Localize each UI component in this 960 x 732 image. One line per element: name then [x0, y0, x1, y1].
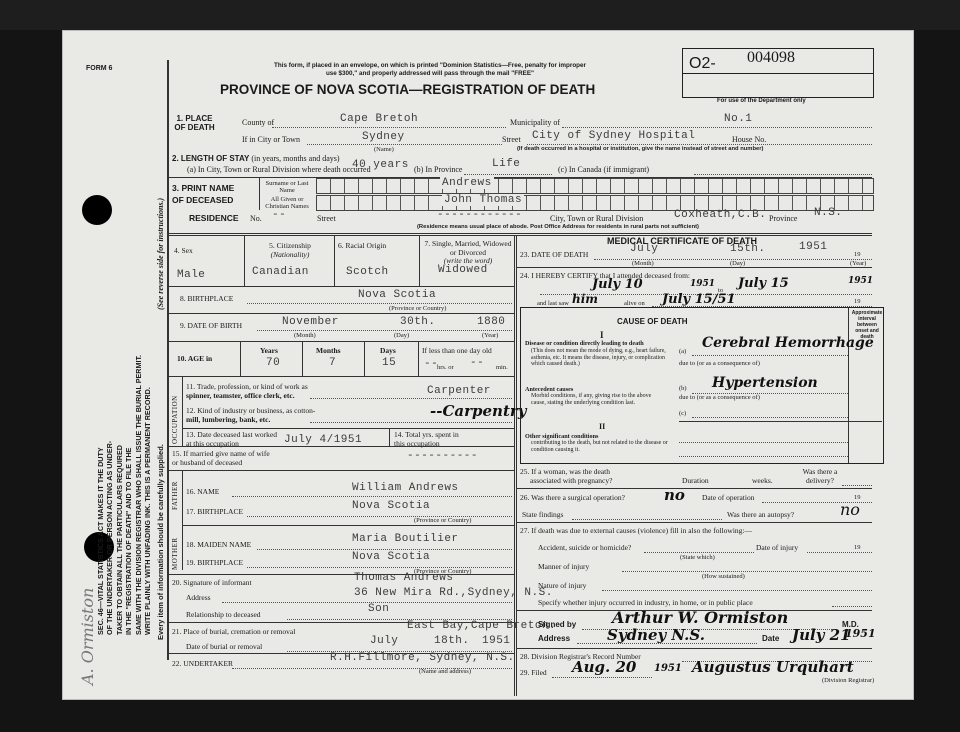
divider	[240, 341, 241, 376]
stay-b-value: Life	[492, 158, 520, 170]
interval-column-divider	[848, 308, 849, 463]
cause-c-label: (c)	[679, 410, 686, 417]
residence-city-label: City, Town or Rural Division	[550, 214, 643, 223]
dotted-line	[562, 127, 872, 128]
dotted-line	[807, 552, 872, 553]
mother-name-value: Maria Boutilier	[352, 533, 459, 545]
autopsy-value: no	[840, 500, 860, 519]
alive-on-label: alive on	[624, 300, 645, 307]
father-birthplace-label: 17. BIRTHPLACE	[186, 507, 243, 516]
informant-address: 36 New Mira Rd.,Sydney, N.S.	[354, 587, 553, 599]
date-of-death-label: 23. DATE OF DEATH	[520, 250, 588, 259]
operation-value: no	[664, 486, 685, 504]
city-value: Sydney	[362, 131, 405, 143]
name-caption: (Name)	[374, 146, 394, 153]
dotted-line	[232, 496, 512, 497]
nineteen: 19	[854, 251, 861, 258]
dob-year: 1880	[477, 316, 505, 328]
divider	[244, 236, 245, 286]
autopsy-label: Was there an autopsy?	[727, 510, 794, 519]
dob-label: 9. DATE OF BIRTH	[180, 321, 242, 330]
divider	[168, 574, 514, 575]
informant-name: Thomas Andrews	[354, 572, 453, 584]
due-to-label: due to (or as a consequence of)	[679, 394, 760, 401]
form-title: PROVINCE OF NOVA SCOTIA—REGISTRATION OF …	[220, 82, 595, 97]
dotted-line	[679, 456, 848, 457]
divider	[168, 341, 514, 342]
dotted-line	[572, 519, 722, 520]
part-two-numeral: II	[599, 422, 605, 431]
days-value: 15	[382, 357, 396, 369]
dotted-line	[272, 127, 506, 128]
filed-year: 1951	[654, 663, 682, 674]
other-conditions-note: contributing to the death, but not relat…	[531, 440, 669, 454]
cause-heading: CAUSE OF DEATH	[617, 317, 688, 326]
dotted-line	[602, 590, 872, 591]
signed-date: July 21	[792, 626, 851, 644]
dotted-line	[692, 355, 848, 356]
direct-cause-label: Disease or condition directly leading to…	[525, 340, 644, 347]
birthplace-value: Nova Scotia	[358, 289, 436, 301]
days-label: Days	[380, 346, 396, 355]
trade-label: 11. Trade, profession, or kind of work a…	[186, 382, 308, 400]
minutes-label: min.	[496, 364, 508, 371]
father-name-value: William Andrews	[352, 482, 459, 494]
alive-on-value: July 15/51	[662, 292, 736, 307]
attended-to: July 15	[738, 276, 789, 291]
cause-a-label: (a)	[679, 348, 686, 355]
divider	[182, 428, 514, 429]
divider	[517, 522, 872, 523]
hours-label: hrs. or	[437, 364, 454, 371]
marital-label: 7. Single, Married, Widowed or Divorced(…	[424, 240, 512, 266]
residence-note: (Residence means usual place of abode. P…	[417, 224, 699, 230]
instruction-text: Every item of information should be care…	[156, 444, 165, 640]
attended-to-year: 1951	[848, 276, 873, 286]
stay-b-label: (b) In Province	[414, 165, 462, 174]
father-birthplace-value: Nova Scotia	[352, 500, 430, 512]
dotted-line	[842, 485, 872, 486]
sex-label: 4. Sex	[174, 246, 193, 255]
place-of-death-label: 1. PLACE OF DEATH	[172, 114, 217, 132]
given-names-value: John Thomas	[442, 194, 524, 206]
father-name-label: 16. NAME	[186, 487, 219, 496]
street-value: City of Sydney Hospital	[532, 130, 695, 142]
province-country-caption: (Province or Country)	[414, 517, 471, 524]
external-causes-label: 27. If death was due to external causes …	[520, 526, 752, 535]
pregnancy-label: 25. If a woman, was the deathassociated …	[520, 467, 612, 485]
last-saw-label: and last saw	[537, 300, 569, 307]
registration-number: 004098	[747, 49, 795, 67]
house-no-label: House No.	[732, 135, 766, 144]
residence-no-label: No.	[250, 214, 262, 223]
divider	[168, 286, 514, 287]
mother-section-label: MOTHER	[171, 537, 179, 570]
filed-label: 29. Filed	[520, 668, 547, 677]
divider	[418, 341, 419, 376]
divider	[334, 236, 335, 286]
direct-cause-note: (This does not mean the mode of dying, e…	[531, 348, 667, 368]
operation-label: 26. Was there a surgical operation?	[520, 493, 625, 502]
residence-city: Coxheath,C.B.	[674, 209, 766, 221]
physician-signature: Arthur W. Ormiston	[612, 608, 788, 627]
burial-place-label: 21. Place of burial, cremation or remova…	[172, 627, 295, 636]
registrar-signature: Augustus Urquhart	[692, 658, 854, 676]
attended-from: July 10	[592, 277, 643, 292]
state-which-caption: (State which)	[680, 554, 715, 561]
given-names-label: All Given or Christian Names	[262, 196, 312, 210]
dotted-line	[679, 442, 848, 443]
physician-address: Sydney N.S.	[607, 626, 705, 644]
industry-value: --Carpentry	[430, 402, 527, 420]
surname-label: Surname or Last Name	[262, 180, 312, 194]
delivery-label: Was there a delivery?	[795, 467, 845, 485]
cause-b-label: (b)	[679, 385, 687, 392]
years-label: Years	[260, 346, 278, 355]
dotted-line	[527, 144, 872, 145]
dotted-line	[552, 677, 652, 678]
divider	[517, 648, 872, 649]
sex-value: Male	[177, 269, 205, 281]
dob-month: November	[282, 316, 339, 328]
operation-date-label: Date of operation	[702, 493, 754, 502]
divider	[517, 267, 872, 268]
divider	[168, 470, 514, 471]
injury-date-label: Date of injury	[756, 543, 798, 552]
weeks-label: weeks.	[752, 476, 773, 485]
dotted-line	[257, 330, 512, 331]
divider	[389, 428, 390, 446]
industry-label: 12. Kind of industry or business, as cot…	[186, 406, 315, 424]
form-number: FORM 6	[86, 65, 112, 72]
day-caption: (Day)	[730, 260, 745, 267]
dob-day: 30th.	[400, 316, 436, 328]
undertaker-value: R.H.Fillmore, Sydney, N.S.	[330, 652, 515, 664]
dotted-line	[247, 303, 512, 304]
hospital-note: (If death occurred in a hospital or inst…	[517, 146, 763, 152]
relationship-label: Relationship to deceased	[186, 610, 261, 619]
divider	[168, 233, 872, 236]
relationship-value: Son	[368, 603, 389, 615]
informant-label: 20. Signature of informant	[172, 578, 252, 587]
attended-from-year: 1951	[690, 279, 715, 289]
informant-address-label: Address	[186, 593, 211, 602]
given-names-cells	[316, 195, 874, 211]
surname-value: Andrews	[440, 177, 494, 189]
nature-label: Nature of injury	[538, 581, 586, 590]
surname-cells	[316, 178, 874, 194]
mother-birthplace-label: 19. BIRTHPLACE	[186, 558, 243, 567]
province-country-caption: (Province or Country)	[389, 305, 446, 312]
city-label: If in City or Town	[242, 135, 300, 144]
divider	[419, 236, 420, 286]
dotted-line	[832, 606, 872, 607]
nineteen: 19	[854, 544, 861, 551]
dotted-line	[310, 422, 512, 423]
box-divider	[683, 73, 873, 74]
registration-number-box: O2- 004098	[682, 48, 874, 98]
cause-a-value: Cerebral Hemorrhage	[702, 335, 874, 351]
county-value: Cape Bretoh	[340, 113, 418, 125]
divider	[364, 341, 365, 376]
margin-signature: A. Ormiston	[78, 588, 97, 685]
years-value: 70	[266, 357, 280, 369]
street-label: Street	[502, 135, 521, 144]
physician-address-label: Address	[538, 634, 570, 643]
dotted-line	[644, 552, 754, 553]
accident-label: Accident, suicide or homicide?	[538, 543, 631, 552]
dotted-line	[247, 567, 512, 568]
dod-month: July	[630, 243, 658, 255]
injury-place-label: Specify whether injury occurred in indus…	[538, 598, 753, 607]
divider	[302, 341, 303, 376]
residence-street: ------------	[437, 209, 522, 221]
less-than-day-label: If less than one day old	[422, 346, 492, 355]
burial-date-label: Date of burial or removal	[186, 642, 262, 651]
death-registration-form: FORM 6 SEC. 46—VITAL STATISTICS ACT MAKE…	[62, 30, 914, 700]
signed-date-label: Date	[762, 634, 779, 643]
divider	[259, 178, 260, 210]
spouse-value: ----------	[407, 450, 478, 462]
months-label: Months	[316, 346, 341, 355]
duration-label: Duration	[682, 476, 709, 485]
registration-prefix: O2-	[689, 55, 716, 73]
see-reverse-note: (See reverse side for instructions.)	[156, 198, 165, 310]
form-left-border	[167, 60, 169, 660]
marital-value: Widowed	[438, 264, 488, 276]
year-caption: (Year)	[850, 260, 866, 267]
racial-origin-label: 6. Racial Origin	[338, 241, 386, 250]
dotted-line	[622, 571, 872, 572]
name-address-caption: (Name and address)	[419, 668, 471, 675]
divider	[517, 488, 872, 489]
divider	[168, 446, 514, 447]
residence-label: RESIDENCE	[189, 213, 239, 223]
department-note: For use of the Department only	[717, 98, 806, 104]
stay-a-value: 40 years	[352, 159, 409, 171]
birthplace-label: 8. BIRTHPLACE	[180, 294, 233, 303]
trade-value: Carpenter	[427, 385, 491, 397]
other-conditions-label: Other significant conditions	[525, 433, 598, 440]
stay-a-label: (a) In City, Town or Rural Division wher…	[187, 165, 371, 174]
occupation-section-label: OCCUPATION	[171, 395, 179, 444]
dotted-line	[310, 398, 512, 399]
residence-street-label: Street	[317, 214, 336, 223]
filed-date: Aug. 20	[572, 658, 636, 676]
mother-name-label: 18. MAIDEN NAME	[186, 540, 251, 549]
due-to-label: due to (or as a consequence of)	[679, 360, 760, 367]
day-caption: (Day)	[394, 332, 409, 339]
punch-hole	[82, 195, 112, 225]
dotted-line	[247, 516, 512, 517]
municipality-label: Municipality of	[510, 118, 560, 127]
spouse-label: 15. If married give name of wifeor husba…	[172, 449, 270, 467]
nineteen: 19	[854, 298, 861, 305]
dotted-line	[307, 144, 502, 145]
last-saw-pronoun: him	[572, 292, 598, 306]
dotted-line	[464, 174, 552, 175]
months-value: 7	[329, 357, 336, 369]
how-sustained-caption: (How sustained)	[702, 573, 745, 580]
dotted-line	[222, 602, 512, 603]
dotted-line	[692, 417, 848, 418]
burial-date-month: July	[370, 635, 398, 647]
dod-day: 15th.	[730, 243, 766, 255]
burial-date-year: 1951	[482, 635, 510, 647]
last-worked-value: July 4/1951	[284, 434, 362, 446]
signed-year: 1951	[845, 627, 876, 640]
municipality-value: No.1	[724, 113, 752, 125]
divider	[168, 313, 514, 314]
racial-origin-value: Scotch	[346, 266, 389, 278]
statute-text: SEC. 46—VITAL STATISTICS ACT MAKES IT TH…	[96, 355, 152, 635]
divider	[679, 421, 882, 422]
dotted-line	[257, 549, 512, 550]
burial-place-value: East Bay,Cape Breton.	[407, 620, 556, 632]
mother-birthplace-value: Nova Scotia	[352, 551, 430, 563]
residence-province: N.S.	[814, 207, 842, 219]
citizenship-value: Canadian	[252, 266, 309, 278]
county-label: County of	[242, 118, 274, 127]
month-caption: (Month)	[632, 260, 654, 267]
scan-border	[0, 0, 960, 30]
divider	[168, 376, 514, 377]
residence-no: --	[272, 209, 286, 221]
minutes-value: --	[470, 357, 484, 369]
cause-b-value: Hypertension	[712, 375, 818, 391]
manner-label: Manner of injury	[538, 562, 589, 571]
findings-label: State findings	[522, 510, 563, 519]
residence-province-label: Province	[769, 214, 797, 223]
print-name-label: 3. PRINT NAME OF DECEASED	[172, 182, 234, 206]
month-caption: (Month)	[294, 332, 316, 339]
signed-by-label: Signed by	[538, 620, 576, 629]
divider	[182, 525, 514, 526]
stay-c-label: (c) In Canada (if immigrant)	[558, 165, 649, 174]
postal-notice: This form, if placed in an envelope, on …	[230, 62, 630, 78]
divider	[182, 470, 183, 570]
registrar-caption: (Division Registrar)	[822, 677, 874, 684]
dotted-line	[694, 174, 872, 175]
burial-date-day: 18th.	[434, 635, 470, 647]
year-caption: (Year)	[482, 332, 498, 339]
antecedent-note: Morbid conditions, if any, giving rise t…	[531, 393, 666, 407]
citizenship-label: 5. Citizenship(Nationality)	[250, 241, 330, 259]
divider	[182, 376, 183, 446]
antecedent-label: Antecedent causes	[525, 386, 573, 393]
age-label: 10. AGE in	[177, 354, 212, 363]
dod-year: 1951	[799, 241, 827, 253]
part-one-numeral: I	[600, 330, 604, 340]
undertaker-label: 22. UNDERTAKER	[172, 659, 233, 668]
father-section-label: FATHER	[171, 481, 179, 510]
length-of-stay: 2. LENGTH OF STAY (in years, months and …	[172, 154, 340, 163]
